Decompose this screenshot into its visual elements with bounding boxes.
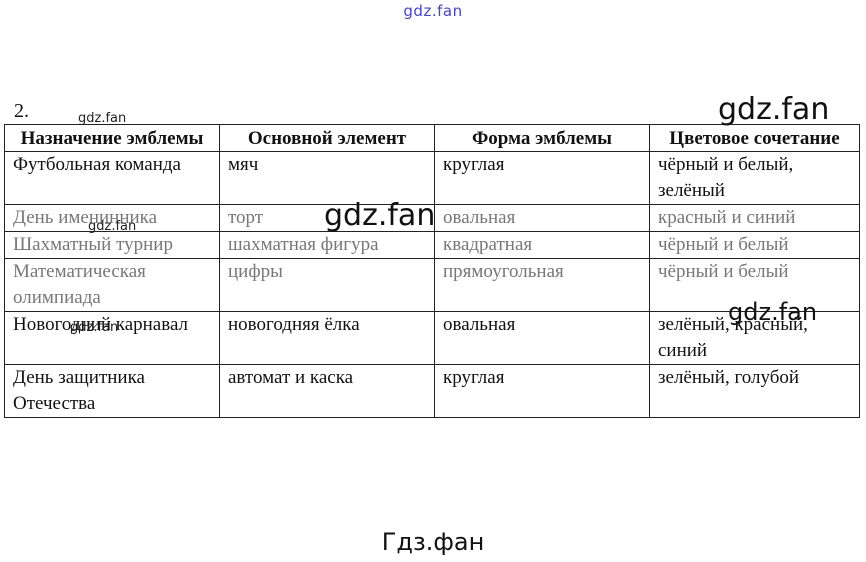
watermark-big: gdz.fan bbox=[728, 298, 817, 326]
cell-element: цифры bbox=[220, 259, 435, 312]
cell-colors: чёрный и белый bbox=[650, 232, 860, 259]
table-row: Футбольная команда мяч круглая чёрный и … bbox=[5, 152, 860, 205]
cell-colors: красный и синий bbox=[650, 205, 860, 232]
header-main-element: Основной элемент bbox=[220, 125, 435, 152]
cell-shape: овальная bbox=[435, 205, 650, 232]
cell-element: мяч bbox=[220, 152, 435, 205]
cell-purpose: Математическая олимпиада bbox=[5, 259, 220, 312]
cell-shape: квадратная bbox=[435, 232, 650, 259]
watermark-big: gdz.fan bbox=[324, 198, 435, 233]
watermark-big: gdz.fan bbox=[718, 92, 829, 127]
emblem-table: Назначение эмблемы Основной элемент Форм… bbox=[4, 124, 860, 418]
task-number: 2. bbox=[14, 100, 29, 123]
cell-shape: круглая bbox=[435, 365, 650, 418]
cell-element: шахматная фигура bbox=[220, 232, 435, 259]
watermark-small: gdz.fan bbox=[78, 111, 126, 126]
cell-element: новогодняя ёлка bbox=[220, 312, 435, 365]
table-row: Шахматный турнир шахматная фигура квадра… bbox=[5, 232, 860, 259]
watermark-small: gdz.fan bbox=[70, 320, 118, 335]
cell-purpose: День защитника Отечества bbox=[5, 365, 220, 418]
cell-shape: овальная bbox=[435, 312, 650, 365]
header-colors: Цветовое сочетание bbox=[650, 125, 860, 152]
cell-shape: круглая bbox=[435, 152, 650, 205]
table-header-row: Назначение эмблемы Основной элемент Форм… bbox=[5, 125, 860, 152]
cell-colors: чёрный и белый, зелёный bbox=[650, 152, 860, 205]
cell-purpose: Шахматный турнир bbox=[5, 232, 220, 259]
table-row: День защитника Отечества автомат и каска… bbox=[5, 365, 860, 418]
cell-shape: прямоугольная bbox=[435, 259, 650, 312]
cell-colors: зелёный, голубой bbox=[650, 365, 860, 418]
watermark-top: gdz.fan bbox=[0, 2, 866, 20]
watermark-bottom: Гдз.фан bbox=[0, 528, 866, 556]
header-purpose: Назначение эмблемы bbox=[5, 125, 220, 152]
header-shape: Форма эмблемы bbox=[435, 125, 650, 152]
cell-element: автомат и каска bbox=[220, 365, 435, 418]
cell-purpose: Футбольная команда bbox=[5, 152, 220, 205]
watermark-small: gdz.fan bbox=[88, 219, 136, 234]
